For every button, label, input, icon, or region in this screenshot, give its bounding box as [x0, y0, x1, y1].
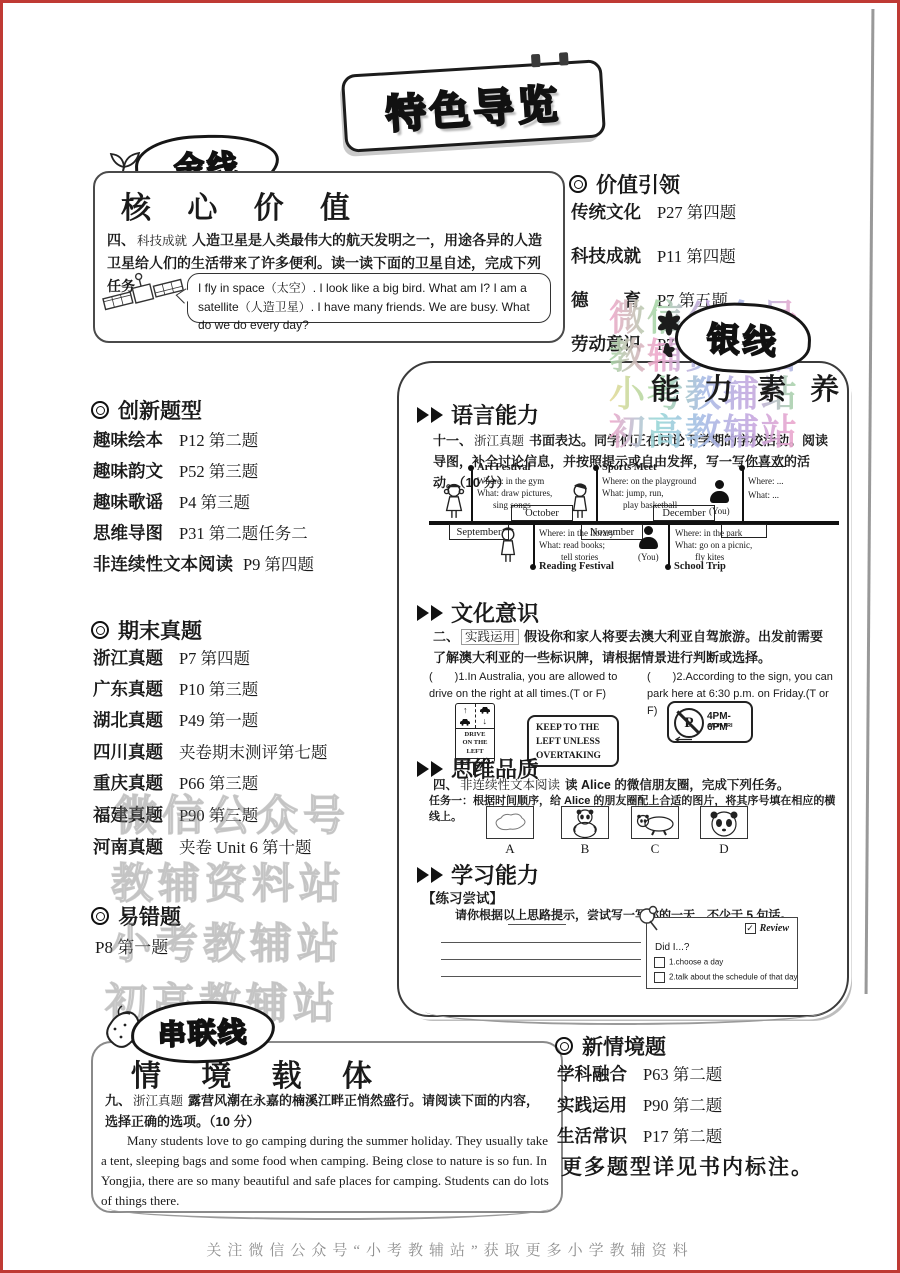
panda-sitting-illustration — [568, 808, 602, 838]
down-arrow-icon: ↓ — [483, 717, 488, 726]
you-label: (You) — [709, 506, 730, 516]
option-letter: B — [561, 841, 609, 857]
list-item: 科技成就P11 第四题 — [571, 243, 736, 268]
checked-checkbox-icon: ✓ — [745, 923, 756, 934]
double-ring-icon — [569, 175, 587, 193]
list-item: 四川真题夹卷期末测评第七题 — [93, 739, 328, 764]
car-icon — [479, 706, 491, 714]
sign-letter: P — [684, 715, 693, 731]
timeline-connector — [533, 524, 535, 566]
review-checklist-box: ✓Review Did I...? 1.choose a day 2.talk … — [646, 917, 798, 989]
list-item: 广东真题P10 第三题 — [93, 676, 258, 701]
no-parking-sign: P 4PM-6PM MON-FRI — [667, 701, 753, 743]
banner-prong-icon — [531, 54, 541, 68]
sign-text: KEEP TO THE — [536, 722, 617, 736]
triangle-icon — [417, 867, 429, 883]
review-item: 2.talk about the schedule of that day — [654, 972, 798, 983]
boy-figure-illustration — [495, 526, 521, 564]
event-where: Where: on the playground — [602, 476, 696, 486]
culture-awareness-header: 文化意识 — [417, 597, 539, 628]
option-letter: A — [486, 841, 534, 857]
list-item: 趣味韵文P52 第三题 — [93, 458, 258, 483]
event-title: Art Festival — [477, 462, 530, 473]
learning-ability-title: 学习能力 — [451, 859, 539, 890]
boy-figure-illustration — [567, 482, 593, 520]
sign-text: LEFT UNLESS — [536, 736, 617, 750]
list-item: 生活常识P17 第二题 — [557, 1123, 722, 1148]
review-question: Did I...? — [655, 942, 689, 953]
satellite-speech-bubble: I fly in space（太空）. I look like a big bi… — [187, 273, 551, 323]
sign-text: DRIVE — [465, 731, 486, 738]
panda-face-illustration — [707, 808, 741, 838]
timeline-connector — [742, 470, 744, 521]
event-what: What: read books; — [539, 540, 605, 550]
double-ring-icon — [555, 1037, 573, 1055]
review-title: Review — [760, 923, 789, 934]
practice-label: 【练习尝试】 — [422, 887, 503, 907]
final-exam-title: 期末真题 — [118, 615, 202, 645]
sketch-blob-illustration — [490, 811, 530, 835]
panda-lying-illustration — [634, 810, 676, 836]
triangle-icon — [417, 605, 429, 621]
page-title: 特色导览 — [384, 72, 563, 140]
gray-watermark: 教辅资料站 — [111, 851, 346, 911]
keep-left-sign: KEEP TO THE LEFT UNLESS OVERTAKING — [527, 715, 619, 767]
checkbox-icon — [654, 957, 665, 968]
double-ring-icon — [91, 907, 109, 925]
option-image-d — [700, 806, 748, 839]
sign-text: OVERTAKING — [536, 750, 617, 764]
list-item: 实践运用P90 第二题 — [557, 1092, 722, 1117]
thinking-question: 四、非连续性文本阅读读 Alice 的微信朋友圈，完成下列任务。 — [433, 775, 833, 793]
triangle-icon — [431, 605, 443, 621]
triangle-icon — [417, 407, 429, 423]
event-what: What: draw pictures, — [477, 488, 552, 498]
option-letter: C — [631, 841, 679, 857]
question-tag: 科技成就 — [137, 234, 187, 248]
left-arrow-icon — [675, 736, 693, 743]
book-page: 特色导览 金线 核 心 价 值 四、科技成就人造卫星是人类最伟大的航天发明之一，… — [0, 0, 900, 1273]
event-title: Sports Meet — [602, 462, 657, 473]
list-item: 浙江真题P7 第四题 — [93, 645, 250, 670]
person-icon — [710, 480, 729, 503]
activities-timeline-diagram: September October November December Art … — [427, 464, 841, 594]
option-image-a — [486, 806, 534, 839]
review-item: 1.choose a day — [654, 957, 723, 968]
you-label: (You) — [638, 552, 659, 562]
more-types-note: 更多题型详见书内标注。 — [561, 1151, 814, 1181]
event-what: What: go on a picnic, — [675, 540, 752, 550]
list-item: 传统文化P27 第四题 — [571, 199, 736, 224]
event-what: What: ... — [748, 490, 779, 500]
sign-days: MON-FRI — [709, 723, 733, 729]
innovation-title: 创新题型 — [118, 395, 202, 425]
timeline-dot — [530, 564, 536, 570]
innovation-header: 创新题型 — [91, 395, 202, 425]
option-image-c — [631, 806, 679, 839]
review-header: ✓Review — [745, 923, 789, 934]
value-guide-header: 价值引领 — [569, 169, 680, 199]
footer-watermark: 关注微信公众号“小考教辅站”获取更多小学教辅资料 — [3, 1239, 897, 1260]
event-title: School Trip — [674, 561, 726, 572]
core-value-title: 核 心 价 值 — [121, 183, 364, 227]
banner-prong-icon — [559, 52, 569, 66]
list-item: 非连续性文本阅读P9 第四题 — [93, 551, 314, 576]
timeline-connector — [471, 470, 473, 521]
event-where: Where: in the library — [539, 528, 614, 538]
no-parking-icon: P — [674, 708, 704, 738]
event-where: Where: ... — [748, 476, 783, 486]
language-ability-title: 语言能力 — [451, 399, 539, 430]
writing-line — [508, 924, 566, 925]
series-line-badge-label: 串联线 — [157, 1010, 248, 1053]
pushpin-icon — [635, 904, 665, 934]
up-arrow-icon: ↑ — [463, 706, 468, 715]
car-icon — [459, 718, 471, 726]
timeline-dot — [665, 564, 671, 570]
girl-figure-illustration — [441, 482, 467, 520]
gray-watermark: 微信公众号 — [115, 783, 350, 843]
triangle-icon — [431, 867, 443, 883]
writing-line — [441, 959, 641, 960]
list-item: 学科融合P63 第二题 — [557, 1061, 722, 1086]
event-where: Where: in the park — [675, 528, 742, 538]
gray-watermark: 小考教辅站 — [109, 911, 344, 971]
person-icon — [639, 526, 658, 549]
list-item: 趣味歌谣P4 第三题 — [93, 489, 250, 514]
context-question: 九、浙江真题露营风潮在永嘉的楠溪江畔正悄然盛行。请阅读下面的内容，选择正确的选项… — [105, 1091, 547, 1133]
list-item: 思维导图P31 第二题任务二 — [93, 520, 308, 545]
event-what2: play basketball — [623, 500, 677, 510]
timeline-connector — [596, 470, 598, 521]
final-exam-header: 期末真题 — [91, 615, 202, 645]
writing-line — [441, 942, 641, 943]
event-what: What: jump, run, — [602, 488, 664, 498]
ability-section-title: 能 力 素 养 — [651, 367, 847, 408]
language-ability-header: 语言能力 — [417, 399, 539, 430]
culture-awareness-title: 文化意识 — [451, 597, 539, 628]
question-number: 四、 — [107, 232, 135, 248]
feature-guide-banner: 特色导览 — [341, 59, 606, 153]
learning-ability-header: 学习能力 — [417, 859, 539, 890]
triangle-icon — [417, 761, 429, 777]
event-what2: sing songs — [493, 500, 531, 510]
list-item: 湖北真题P49 第一题 — [93, 707, 258, 732]
culture-question: 二、实践运用假设你和家人将要去澳大利亚自驾旅游。出发前需要了解澳大利亚的一些标识… — [433, 627, 833, 669]
event-title: Reading Festival — [539, 561, 614, 572]
option-image-b — [561, 806, 609, 839]
timeline-connector — [668, 524, 670, 566]
new-context-title: 新情境题 — [582, 1031, 666, 1061]
culture-q1: ( )1.In Australia, you are allowed to dr… — [429, 669, 643, 703]
scan-shadow-edge — [863, 9, 875, 994]
option-letter: D — [700, 841, 748, 857]
writing-line — [441, 976, 641, 977]
double-ring-icon — [91, 621, 109, 639]
silver-line-badge-label: 银线 — [706, 313, 780, 364]
list-item: 趣味绘本P12 第二题 — [93, 427, 258, 452]
blank-title-line — [748, 466, 786, 467]
camping-passage: Many students love to go camping during … — [101, 1131, 549, 1212]
triangle-icon — [431, 407, 443, 423]
new-context-header: 新情境题 — [555, 1031, 666, 1061]
value-guide-title: 价值引领 — [596, 169, 680, 199]
checkbox-icon — [654, 972, 665, 983]
event-where: Where: in the gym — [477, 476, 544, 486]
double-ring-icon — [91, 401, 109, 419]
sign-time: 4PM-6PM — [707, 711, 751, 733]
